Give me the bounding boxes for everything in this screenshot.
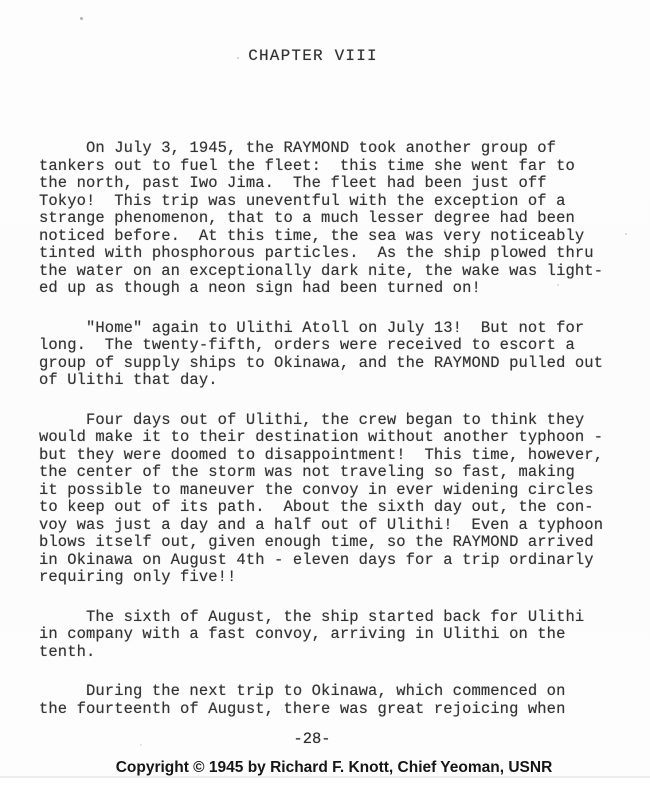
chapter-heading: CHAPTER VIII: [0, 47, 638, 65]
paragraph-1: On July 3, 1945, the RAYMOND took anothe…: [39, 140, 629, 298]
paragraph-3: Four days out of Ulithi, the crew began …: [39, 412, 629, 587]
page-number: -28-: [0, 730, 637, 748]
scan-speckle: [557, 284, 559, 286]
scan-speckle: [80, 17, 83, 20]
paragraph-5: During the next trip to Okinawa, which c…: [39, 683, 629, 718]
scan-speckle: [140, 744, 142, 746]
copyright-line: Copyright © 1945 by Richard F. Knott, Ch…: [9, 759, 650, 777]
paragraph-2: "Home" again to Ulithi Atoll on July 13!…: [39, 320, 629, 390]
scan-speckle: [237, 57, 239, 59]
paragraph-4: The sixth of August, the ship started ba…: [39, 609, 629, 662]
scan-speckle: [444, 229, 446, 231]
scan-speckle: [625, 233, 627, 235]
scanned-page: CHAPTER VIII On July 3, 1945, the RAYMON…: [0, 0, 650, 778]
page-body: On July 3, 1945, the RAYMOND took anothe…: [39, 140, 629, 740]
